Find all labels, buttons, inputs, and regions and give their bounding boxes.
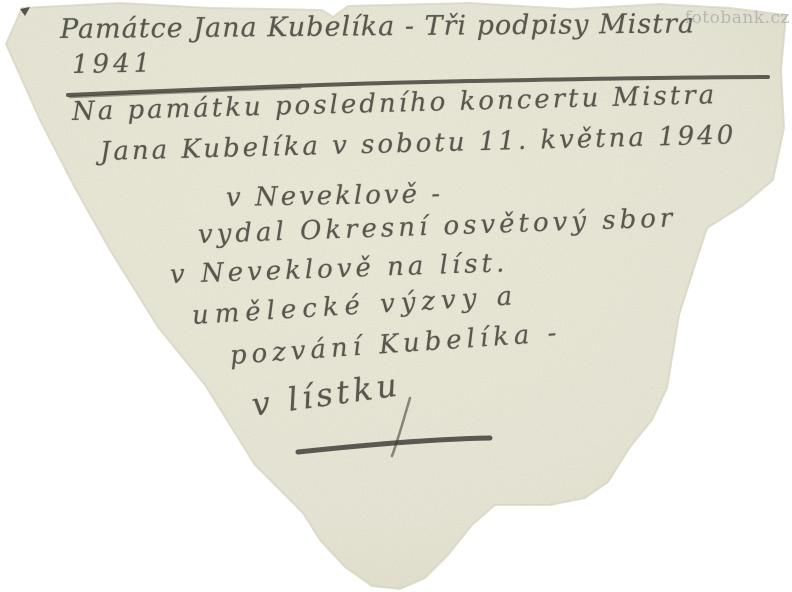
handwritten-year: 1941	[72, 49, 155, 80]
handwritten-body-line-3: v Neveklově -	[226, 179, 444, 213]
handwritten-title-line: Památce Jana Kubelíka - Tři podpisy Mist…	[60, 8, 695, 45]
watermark: fotobank.cz	[685, 8, 790, 28]
scanned-note-image: Památce Jana Kubelíka - Tři podpisy Mist…	[0, 0, 792, 592]
